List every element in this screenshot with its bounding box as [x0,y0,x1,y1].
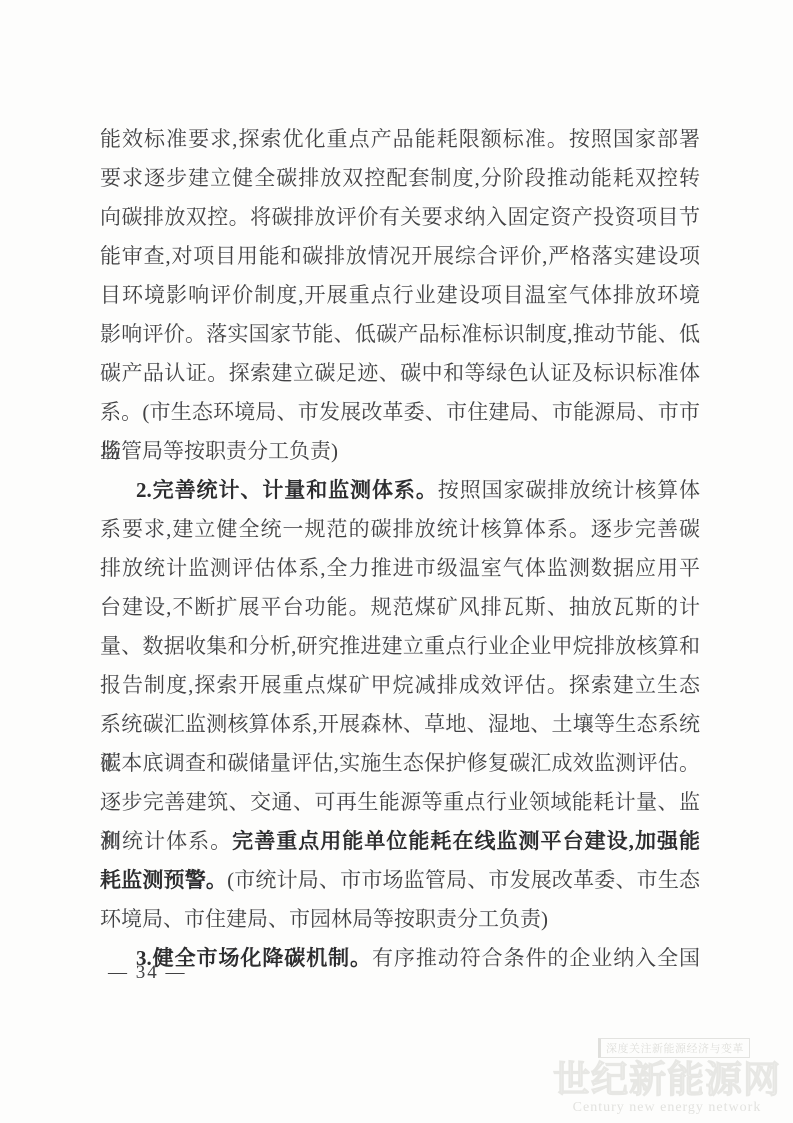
text-segment: (市统计局、市市场监管局、市发展改革委、市生态 [227,868,700,892]
text-line: 汇本底调查和碳储量评估,实施生态保护修复碳汇成效监测评估。 [100,744,700,783]
text-line: 碳产品认证。探索建立碳足迹、碳中和等绿色认证及标识标准体 [100,354,700,393]
text-line: 和统计体系。完善重点用能单位能耗在线监测平台建设,加强能 [100,822,700,861]
watermark-title: 世纪新能源网 [545,1060,789,1100]
watermark-subtitle: Century new energy network [545,1100,789,1116]
text-segment: 目环境影响评价制度,开展重点行业建设项目温室气体排放环境 [100,283,700,307]
document-body: 能效标准要求,探索优化重点产品能耗限额标准。按照国家部署要求逐步建立健全碳排放双… [100,120,700,978]
text-segment: 和统计体系。 [100,829,232,853]
text-line: 耗监测预警。(市统计局、市市场监管局、市发展改革委、市生态 [100,861,700,900]
text-line: 监管局等按职责分工负责) [100,432,700,471]
text-segment: 按照国家碳排放统计核算体 [438,478,700,502]
bold-text-segment: 完善重点用能单位能耗在线监测平台建设,加强能 [232,829,700,853]
text-line: 量、数据收集和分析,研究推进建立重点行业企业甲烷排放核算和 [100,627,700,666]
page-number: — 34 — [108,962,187,984]
text-segment: 监管局等按职责分工负责) [100,439,338,463]
text-line: 排放统计监测评估体系,全力推进市级温室气体监测数据应用平 [100,549,700,588]
text-segment: 报告制度,探索开展重点煤矿甲烷减排成效评估。探索建立生态 [100,673,700,697]
watermark-tagline: 深度关注新能源经济与变革 [598,1038,750,1058]
text-segment: 向碳排放双控。将碳排放评价有关要求纳入固定资产投资项目节 [100,205,700,229]
text-segment: 有序推动符合条件的企业纳入全国 [372,946,700,970]
text-line: 报告制度,探索开展重点煤矿甲烷减排成效评估。探索建立生态 [100,666,700,705]
text-segment: 汇本底调查和碳储量评估,实施生态保护修复碳汇成效监测评估。 [100,751,700,775]
text-segment: 影响评价。落实国家节能、低碳产品标准标识制度,推动节能、低 [100,322,700,346]
text-segment: 环境局、市住建局、市园林局等按职责分工负责) [100,907,548,931]
text-line: 系统碳汇监测核算体系,开展森林、草地、湿地、土壤等生态系统碳 [100,705,700,744]
text-line: 逐步完善建筑、交通、可再生能源等重点行业领域能耗计量、监测 [100,783,700,822]
text-line: 向碳排放双控。将碳排放评价有关要求纳入固定资产投资项目节 [100,198,700,237]
text-line: 能效标准要求,探索优化重点产品能耗限额标准。按照国家部署 [100,120,700,159]
text-line: 环境局、市住建局、市园林局等按职责分工负责) [100,900,700,939]
text-line: 台建设,不断扩展平台功能。规范煤矿风排瓦斯、抽放瓦斯的计 [100,588,700,627]
text-line: 目环境影响评价制度,开展重点行业建设项目温室气体排放环境 [100,276,700,315]
text-segment: 系要求,建立健全统一规范的碳排放统计核算体系。逐步完善碳 [100,517,700,541]
bold-text-segment: 耗监测预警。 [100,868,227,892]
text-line: 3.健全市场化降碳机制。有序推动符合条件的企业纳入全国 [100,939,700,978]
document-page: 能效标准要求,探索优化重点产品能耗限额标准。按照国家部署要求逐步建立健全碳排放双… [0,0,793,1123]
bold-text-segment: 2.完善统计、计量和监测体系。 [136,478,438,502]
text-line: 能审查,对项目用能和碳排放情况开展综合评价,严格落实建设项 [100,237,700,276]
text-line: 2.完善统计、计量和监测体系。按照国家碳排放统计核算体 [100,471,700,510]
text-segment: 能效标准要求,探索优化重点产品能耗限额标准。按照国家部署 [100,127,700,151]
watermark: 深度关注新能源经济与变革 世纪新能源网 Century new energy n… [545,1038,789,1116]
text-segment: 要求逐步建立健全碳排放双控配套制度,分阶段推动能耗双控转 [100,166,700,190]
text-segment: 台建设,不断扩展平台功能。规范煤矿风排瓦斯、抽放瓦斯的计 [100,595,700,619]
text-line: 影响评价。落实国家节能、低碳产品标准标识制度,推动节能、低 [100,315,700,354]
text-segment: 排放统计监测评估体系,全力推进市级温室气体监测数据应用平 [100,556,700,580]
text-segment: 量、数据收集和分析,研究推进建立重点行业企业甲烷排放核算和 [100,634,700,658]
text-line: 要求逐步建立健全碳排放双控配套制度,分阶段推动能耗双控转 [100,159,700,198]
text-line: 系要求,建立健全统一规范的碳排放统计核算体系。逐步完善碳 [100,510,700,549]
text-segment: 碳产品认证。探索建立碳足迹、碳中和等绿色认证及标识标准体 [100,361,700,385]
text-line: 系。(市生态环境局、市发展改革委、市住建局、市能源局、市市场 [100,393,700,432]
text-segment: 能审查,对项目用能和碳排放情况开展综合评价,严格落实建设项 [100,244,700,268]
